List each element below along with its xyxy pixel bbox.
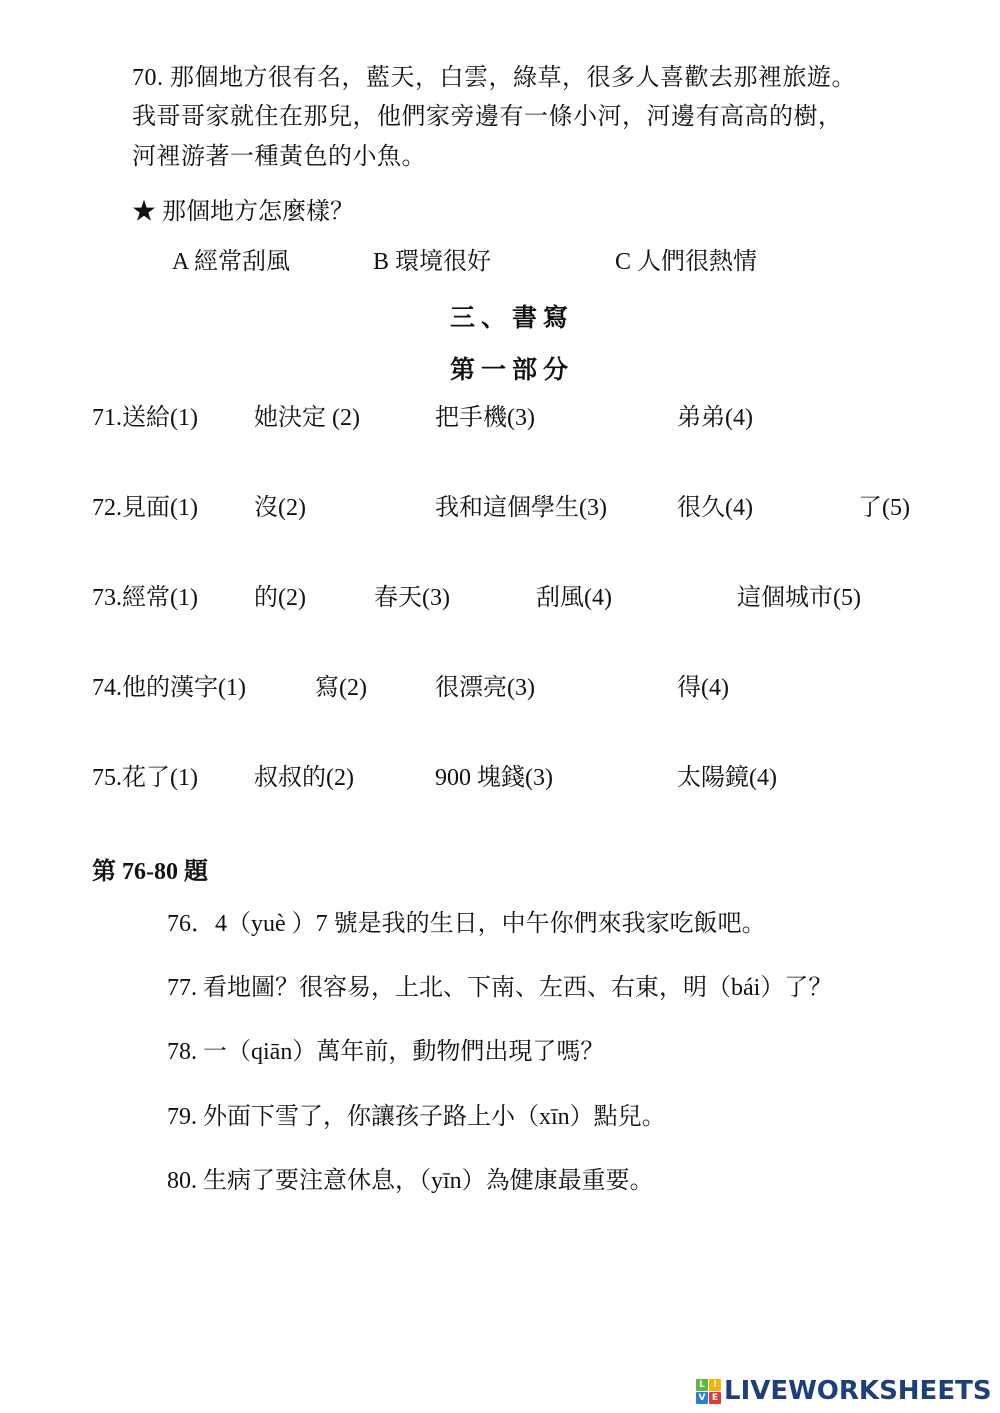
sentence-79: 79. 外面下雪了，你讓孩子路上小（xīn）點兒。 xyxy=(167,1101,666,1133)
row-number: 75.花了(1) xyxy=(92,762,198,794)
word-chip[interactable]: 很漂亮(3) xyxy=(435,672,535,704)
word-chip[interactable]: 刮風(4) xyxy=(536,582,612,614)
word-chip[interactable]: 送給(1) xyxy=(122,405,198,431)
section-part-title: 第一部分 xyxy=(12,350,1000,386)
word-chip[interactable]: 我和這個學生(3) xyxy=(435,492,607,524)
word-chip[interactable]: 沒(2) xyxy=(254,492,306,524)
logo-text: LIVEWORKSHEETS xyxy=(724,1378,992,1404)
row-number: 72.見面(1) xyxy=(92,492,198,524)
word-chip[interactable]: 花了(1) xyxy=(122,765,198,791)
word-chip[interactable]: 了(5) xyxy=(858,492,910,524)
logo-block-e: E xyxy=(709,1392,721,1404)
word-chip[interactable]: 弟弟(4) xyxy=(677,402,753,434)
row-number: 71.送給(1) xyxy=(92,402,198,434)
word-chip[interactable]: 太陽鏡(4) xyxy=(677,762,777,794)
logo-block-v: V xyxy=(696,1392,708,1404)
liveworksheets-logo: L I V E LIVEWORKSHEETS xyxy=(696,1378,992,1404)
word-chip[interactable]: 見面(1) xyxy=(122,495,198,521)
word-chip[interactable]: 這個城市(5) xyxy=(737,582,861,614)
row-number: 74.他的漢字(1) xyxy=(92,672,246,704)
word-chip[interactable]: 她決定 (2) xyxy=(254,402,360,434)
sentence-80: 80. 生病了要注意休息，（yīn）為健康最重要。 xyxy=(167,1165,654,1197)
word-chip[interactable]: 得(4) xyxy=(677,672,729,704)
q70-option-c[interactable]: C 人們很熱情 xyxy=(615,246,757,278)
word-chip[interactable]: 寫(2) xyxy=(315,672,367,704)
word-chip[interactable]: 把手機(3) xyxy=(435,402,535,434)
q70-line-3: 河裡游著一種黃色的小魚。 xyxy=(132,141,426,173)
q70-question: ★ 那個地方怎麼樣？ xyxy=(132,196,354,228)
row-number: 73.經常(1) xyxy=(92,582,198,614)
logo-blocks-icon: L I V E xyxy=(696,1379,721,1404)
word-chip[interactable]: 他的漢字(1) xyxy=(122,675,246,701)
part2-heading: 第 76-80 題 xyxy=(92,856,208,888)
word-chip[interactable]: 900 塊錢(3) xyxy=(435,762,553,794)
sentence-77: 77. 看地圖？很容易，上北、下南、左西、右東，明（bái）了？ xyxy=(167,972,832,1004)
word-chip[interactable]: 很久(4) xyxy=(677,492,753,524)
word-chip[interactable]: 叔叔的(2) xyxy=(254,762,354,794)
section-title: 三、書寫 xyxy=(12,298,1000,334)
word-chip[interactable]: 經常(1) xyxy=(122,585,198,611)
q70-line-1: 70. 那個地方很有名，藍天，白雲，綠草，很多人喜歡去那裡旅遊。 xyxy=(132,62,856,94)
logo-block-l: L xyxy=(696,1379,708,1391)
logo-block-i: I xyxy=(709,1379,721,1391)
q70-option-b[interactable]: B 環境很好 xyxy=(373,246,491,278)
q70-option-a[interactable]: A 經常刮風 xyxy=(172,246,290,278)
q70-line-2: 我哥哥家就住在那兒，他們家旁邊有一條小河，河邊有高高的樹， xyxy=(132,101,843,133)
sentence-76: 76．4（yuè ）7 號是我的生日，中午你們來我家吃飯吧。 xyxy=(167,908,766,940)
word-chip[interactable]: 的(2) xyxy=(254,582,306,614)
sentence-78: 78. 一（qiān）萬年前，動物們出現了嗎？ xyxy=(167,1036,604,1068)
word-chip[interactable]: 春天(3) xyxy=(374,582,450,614)
